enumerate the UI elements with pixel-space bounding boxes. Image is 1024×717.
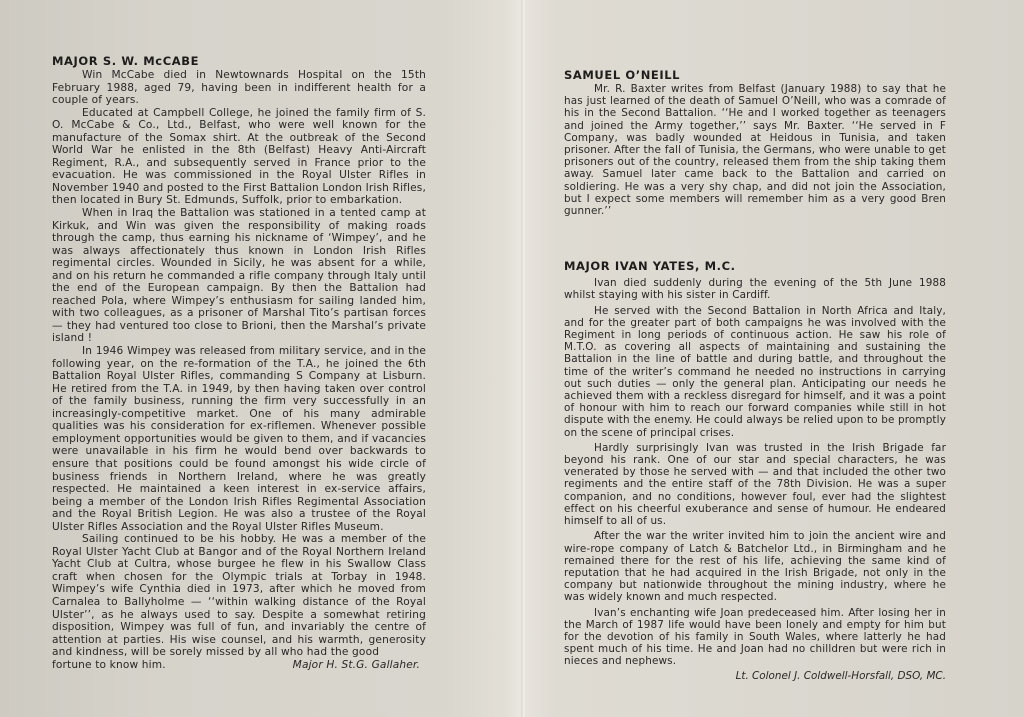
obituary-paragraph: He served with the Second Battalion in N… bbox=[564, 305, 946, 439]
obituary-paragraph: After the war the writer invited him to … bbox=[564, 530, 946, 603]
right-column: SAMUEL O’NEILL Mr. R. Baxter writes from… bbox=[564, 68, 946, 682]
author-signature: Major H. St.G. Gallaher. bbox=[293, 659, 426, 672]
obituary-paragraph: Hardly surprisingly Ivan was trusted in … bbox=[564, 442, 946, 527]
closing-text: fortune to know him. bbox=[52, 659, 166, 672]
left-page: MAJOR S. W. McCABE Win McCabe died in Ne… bbox=[0, 0, 522, 717]
obituary-paragraph: When in Iraq the Battalion was stationed… bbox=[52, 207, 426, 345]
obituary-paragraph: In 1946 Wimpey was released from militar… bbox=[52, 345, 426, 533]
obituary-paragraph: Ivan’s enchanting wife Joan predeceased … bbox=[564, 607, 946, 668]
obituary-paragraph: Mr. R. Baxter writes from Belfast (Janua… bbox=[564, 83, 946, 217]
obituary-title: MAJOR S. W. McCABE bbox=[52, 54, 426, 68]
obituary-title: SAMUEL O’NEILL bbox=[564, 68, 946, 82]
author-signature: Lt. Colonel J. Coldwell-Horsfall, DSO, M… bbox=[564, 670, 946, 682]
obituary-mccabe: MAJOR S. W. McCABE Win McCabe died in Ne… bbox=[52, 54, 426, 671]
obituary-paragraph: Win McCabe died in Newtownards Hospital … bbox=[52, 69, 426, 107]
obituary-title: MAJOR IVAN YATES, M.C. bbox=[564, 259, 946, 273]
obituary-paragraph: Educated at Campbell College, he joined … bbox=[52, 107, 426, 207]
obituary-yates: MAJOR IVAN YATES, M.C. Ivan died suddenl… bbox=[564, 259, 946, 681]
obituary-paragraph: Sailing continued to be his hobby. He wa… bbox=[52, 533, 426, 658]
obituary-oneill: SAMUEL O’NEILL Mr. R. Baxter writes from… bbox=[564, 68, 946, 217]
right-page: SAMUEL O’NEILL Mr. R. Baxter writes from… bbox=[526, 0, 1024, 717]
booklet-spread: MAJOR S. W. McCABE Win McCabe died in Ne… bbox=[0, 0, 1024, 717]
obituary-paragraph: Ivan died suddenly during the evening of… bbox=[564, 277, 946, 301]
closing-line: fortune to know him. Major H. St.G. Gall… bbox=[52, 659, 426, 672]
